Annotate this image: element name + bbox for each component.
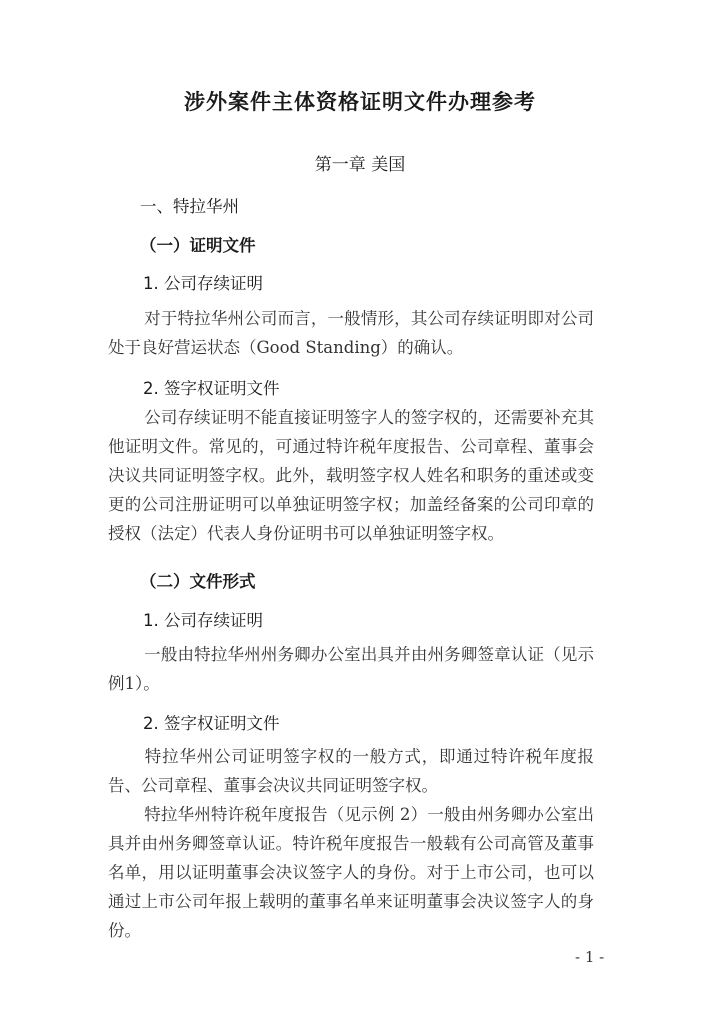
section-heading: 一、特拉华州 (140, 193, 239, 217)
page-number: - 1 - (575, 948, 604, 966)
paragraph: 特拉华州公司证明签字权的一般方式，即通过特许税年度报告、公司章程、董事会决议共同… (108, 742, 594, 800)
paragraph: 一般由特拉华州州务卿办公室出具并由州务卿签章认证（见示例1）。 (108, 640, 594, 698)
document-title: 涉外案件主体资格证明文件办理参考 (0, 86, 720, 116)
paragraph-text: 特拉华州特许税年度报告（见示例 2）一般由州务卿办公室出具并由州务卿签章认证。特… (108, 805, 594, 940)
paragraph: 特拉华州特许税年度报告（见示例 2）一般由州务卿办公室出具并由州务卿签章认证。特… (108, 800, 594, 945)
paragraph-text: 特拉华州公司证明签字权的一般方式，即通过特许税年度报告、公司章程、董事会决议共同… (108, 747, 594, 795)
subsection-heading: （一）证明文件 (140, 232, 256, 256)
item-heading: 2. 签字权证明文件 (143, 710, 280, 734)
item-heading: 1. 公司存续证明 (143, 270, 263, 294)
item-heading: 1. 公司存续证明 (143, 607, 263, 631)
paragraph-text: 一般由特拉华州州务卿办公室出具并由州务卿签章认证（见示例1）。 (108, 645, 594, 693)
item-heading: 2. 签字权证明文件 (143, 375, 280, 399)
paragraph: 对于特拉华州公司而言，一般情形，其公司存续证明即对公司处于良好营运状态（Good… (108, 304, 594, 362)
paragraph-text: 公司存续证明不能直接证明签字人的签字权的，还需要补充其他证明文件。常见的，可通过… (108, 408, 594, 543)
document-page: 涉外案件主体资格证明文件办理参考 第一章 美国 一、特拉华州 （一）证明文件 1… (0, 0, 720, 1018)
subsection-heading: （二）文件形式 (140, 568, 256, 592)
paragraph: 公司存续证明不能直接证明签字人的签字权的，还需要补充其他证明文件。常见的，可通过… (108, 403, 594, 548)
paragraph-text: 对于特拉华州公司而言，一般情形，其公司存续证明即对公司处于良好营运状态（Good… (108, 309, 594, 357)
chapter-heading: 第一章 美国 (0, 150, 720, 175)
